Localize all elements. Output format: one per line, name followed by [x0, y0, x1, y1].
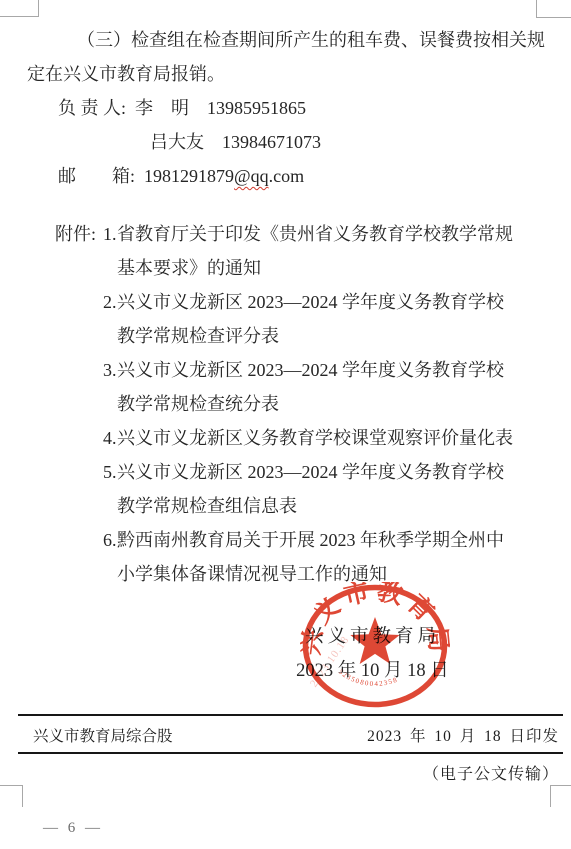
attachment-number: 3.: [103, 353, 117, 387]
leader-name-2: 吕大友: [150, 132, 204, 152]
footer: 兴义市教育局综合股 2023 年 10 月 18 日印发 （电子公文传输）: [18, 714, 563, 784]
document-page: （三）检查组在检查期间所产生的租车费、误餐费按相关规定在兴义市教育局报销。 负 …: [0, 0, 571, 849]
leader-name: 李 明: [135, 98, 189, 118]
contact-block: 负 责 人:李 明13985951865 吕大友13984671073 邮 箱:…: [27, 91, 557, 193]
attachment-number: 4.: [103, 421, 117, 455]
attachment-items: 1.省教育厅关于印发《贵州省义务教育学校教学常规基本要求》的通知2.兴义市义龙新…: [103, 217, 557, 591]
crop-mark-top-right: [536, 0, 571, 18]
attachment-title: 兴义市义龙新区 2023—2024 学年度义务教育学校教学常规检查评分表: [117, 285, 557, 353]
footer-note-row: （电子公文传输）: [18, 752, 563, 784]
leader-phone-2: 13984671073: [222, 132, 321, 152]
leader-label: 负 责 人:: [58, 98, 126, 118]
paragraph: （三）检查组在检查期间所产生的租车费、误餐费按相关规定在兴义市教育局报销。: [27, 23, 557, 91]
paragraph-line: （三）检查组在检查期间所产生的租车费、误餐费按相关规: [27, 23, 557, 57]
paragraph-line: 定在兴义市教育局报销。: [27, 57, 557, 91]
email-address: 1981291879@qq.com: [144, 166, 304, 186]
attachment-item: 1.省教育厅关于印发《贵州省义务教育学校教学常规基本要求》的通知: [103, 217, 557, 285]
attachment-number: 5.: [103, 455, 117, 489]
attachment-title: 黔西南州教育局关于开展 2023 年秋季学期全州中小学集体备课情况视导工作的通知: [117, 523, 557, 591]
attachment-title-line: 兴义市义龙新区义务教育学校课堂观察评价量化表: [117, 421, 557, 455]
attachment-item: 5.兴义市义龙新区 2023—2024 学年度义务教育学校教学常规检查组信息表: [103, 455, 557, 523]
attachment-list: 附件: 1.省教育厅关于印发《贵州省义务教育学校教学常规基本要求》的通知2.兴义…: [103, 217, 557, 591]
attachment-title-line: 教学常规检查统分表: [117, 387, 557, 421]
attachment-title: 兴义市义龙新区 2023—2024 学年度义务教育学校教学常规检查统分表: [117, 353, 557, 421]
contact-line-leader-2: 吕大友13984671073: [150, 125, 557, 159]
crop-mark-bottom-right: [550, 785, 571, 807]
page-number: — 6 —: [43, 820, 103, 837]
attachment-title-line: 兴义市义龙新区 2023—2024 学年度义务教育学校: [117, 455, 557, 489]
crop-mark-top-left: [0, 0, 39, 17]
contact-line-email: 邮 箱:1981291879@qq.com: [58, 159, 557, 193]
attachment-item: 4.兴义市义龙新区义务教育学校课堂观察评价量化表: [103, 421, 557, 455]
attachment-item: 2.兴义市义龙新区 2023—2024 学年度义务教育学校教学常规检查评分表: [103, 285, 557, 353]
footer-print-row: 兴义市教育局综合股 2023 年 10 月 18 日印发: [18, 714, 563, 752]
attachment-number: 6.: [103, 523, 117, 557]
attachment-title: 兴义市义龙新区义务教育学校课堂观察评价量化表: [117, 421, 557, 455]
crop-mark-bottom-left: [0, 785, 23, 807]
seal-code: 5235080042358: [337, 668, 399, 688]
attachment-number: 2.: [103, 285, 117, 319]
seal-star-icon: [350, 617, 399, 664]
contact-line-leader: 负 责 人:李 明13985951865: [58, 91, 557, 125]
document-body: （三）检查组在检查期间所产生的租车费、误餐费按相关规定在兴义市教育局报销。 负 …: [27, 23, 557, 591]
attachment-title: 省教育厅关于印发《贵州省义务教育学校教学常规基本要求》的通知: [117, 217, 557, 285]
email-label: 邮 箱:: [58, 166, 135, 186]
attachment-number: 1.: [103, 217, 117, 251]
attachment-item: 3.兴义市义龙新区 2023—2024 学年度义务教育学校教学常规检查统分表: [103, 353, 557, 421]
footer-department: 兴义市教育局综合股: [33, 724, 173, 746]
leader-phone: 13985951865: [207, 98, 306, 118]
attachment-title: 兴义市义龙新区 2023—2024 学年度义务教育学校教学常规检查组信息表: [117, 455, 557, 523]
attachments-label: 附件:: [55, 217, 96, 251]
footer-transmission-note: （电子公文传输）: [423, 766, 559, 783]
spellcheck-squiggle: @qq: [234, 166, 269, 186]
footer-print-date: 2023 年 10 月 18 日印发: [367, 724, 559, 746]
attachment-title-line: 教学常规检查组信息表: [117, 489, 557, 523]
attachment-item: 6.黔西南州教育局关于开展 2023 年秋季学期全州中小学集体备课情况视导工作的…: [103, 523, 557, 591]
attachment-title-line: 教学常规检查评分表: [117, 319, 557, 353]
official-seal: 兴义市教育局 5235080042358 2023.10.18: [300, 582, 450, 710]
attachment-title-line: 黔西南州教育局关于开展 2023 年秋季学期全州中: [117, 523, 557, 557]
attachment-title-line: 兴义市义龙新区 2023—2024 学年度义务教育学校: [117, 285, 557, 319]
attachment-title-line: 基本要求》的通知: [117, 251, 557, 285]
attachment-title-line: 省教育厅关于印发《贵州省义务教育学校教学常规: [117, 217, 557, 251]
attachment-title-line: 兴义市义龙新区 2023—2024 学年度义务教育学校: [117, 353, 557, 387]
